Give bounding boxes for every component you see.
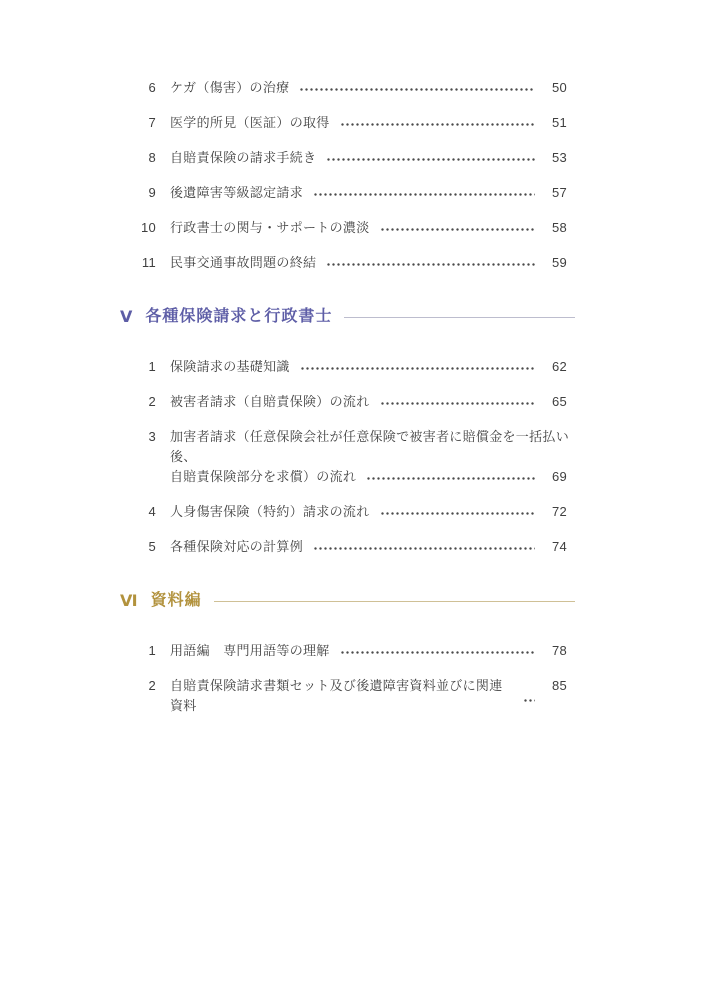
toc-item-body: 被害者請求（自賠責保険）の流れ65 bbox=[170, 392, 575, 412]
toc-item-number: 1 bbox=[120, 357, 156, 377]
toc-item-last-line: 行政書士の関与・サポートの濃淡58 bbox=[170, 218, 575, 238]
toc-page-number: 57 bbox=[541, 183, 575, 203]
leader-dots bbox=[313, 537, 535, 557]
toc-item-last-line: 自賠責保険の請求手続き53 bbox=[170, 148, 575, 168]
toc-item-last-line: 保険請求の基礎知識62 bbox=[170, 357, 575, 377]
toc-item: 10行政書士の関与・サポートの濃淡58 bbox=[120, 218, 575, 238]
section-heading-chapter-6: Ⅵ資料編 bbox=[120, 589, 575, 613]
toc-item-number: 9 bbox=[120, 183, 156, 203]
toc-item-number: 8 bbox=[120, 148, 156, 168]
toc-item-last-line: 自賠責保険請求書類セット及び後遺障害資料並びに関連資料85 bbox=[170, 676, 575, 716]
toc-item-number: 5 bbox=[120, 537, 156, 557]
leader-dots bbox=[380, 392, 535, 412]
leader-dots bbox=[340, 641, 535, 661]
toc-page-number: 62 bbox=[541, 357, 575, 377]
toc-item-body: 人身傷害保険（特約）請求の流れ72 bbox=[170, 502, 575, 522]
toc-item-body: 自賠責保険の請求手続き53 bbox=[170, 148, 575, 168]
section-rule-line bbox=[214, 601, 575, 602]
toc-item: 6ケガ（傷害）の治療50 bbox=[120, 78, 575, 98]
toc-item-number: 2 bbox=[120, 676, 156, 696]
toc-item-last-line: 被害者請求（自賠責保険）の流れ65 bbox=[170, 392, 575, 412]
toc-page-number: 51 bbox=[541, 113, 575, 133]
toc-item: 5各種保険対応の計算例74 bbox=[120, 537, 575, 557]
toc-item-number: 2 bbox=[120, 392, 156, 412]
toc-item-title: 被害者請求（自賠責保険）の流れ bbox=[170, 392, 370, 412]
toc-item-number: 6 bbox=[120, 78, 156, 98]
toc-page-number: 58 bbox=[541, 218, 575, 238]
toc-item-title: 人身傷害保険（特約）請求の流れ bbox=[170, 502, 370, 522]
toc-item-number: 11 bbox=[120, 253, 156, 273]
toc-item-number: 3 bbox=[120, 427, 156, 447]
leader-dots bbox=[313, 183, 535, 203]
toc-item-last-line: 医学的所見（医証）の取得51 bbox=[170, 113, 575, 133]
toc-item-title: 医学的所見（医証）の取得 bbox=[170, 113, 330, 133]
toc-item: 3加害者請求（任意保険会社が任意保険で被害者に賠償金を一括払い後、自賠責保険部分… bbox=[120, 427, 575, 487]
toc-item-number: 7 bbox=[120, 113, 156, 133]
toc-item-body: ケガ（傷害）の治療50 bbox=[170, 78, 575, 98]
toc-item-last-line: 後遺障害等級認定請求57 bbox=[170, 183, 575, 203]
book-page: 6ケガ（傷害）の治療507医学的所見（医証）の取得518自賠責保険の請求手続き5… bbox=[0, 0, 708, 1000]
toc: 6ケガ（傷害）の治療507医学的所見（医証）の取得518自賠責保険の請求手続き5… bbox=[120, 78, 575, 731]
leader-dots bbox=[299, 78, 535, 98]
leader-dots bbox=[366, 467, 535, 487]
toc-page-number: 65 bbox=[541, 392, 575, 412]
toc-page-number: 72 bbox=[541, 502, 575, 522]
leader-dots bbox=[340, 113, 535, 133]
toc-item-last-line: 自賠責保険部分を求償）の流れ69 bbox=[170, 467, 575, 487]
toc-item-last-line: 各種保険対応の計算例74 bbox=[170, 537, 575, 557]
leader-dots bbox=[380, 502, 535, 522]
section-numeral: Ⅵ bbox=[120, 589, 139, 613]
leader-dots bbox=[523, 676, 535, 716]
toc-page-number: 78 bbox=[541, 641, 575, 661]
toc-item-title: 用語編 専門用語等の理解 bbox=[170, 641, 330, 661]
toc-item-body: 保険請求の基礎知識62 bbox=[170, 357, 575, 377]
toc-item-number: 1 bbox=[120, 641, 156, 661]
leader-dots bbox=[326, 148, 535, 168]
toc-item-last-line: ケガ（傷害）の治療50 bbox=[170, 78, 575, 98]
toc-page-number: 53 bbox=[541, 148, 575, 168]
toc-page-number: 74 bbox=[541, 537, 575, 557]
toc-page-number: 59 bbox=[541, 253, 575, 273]
toc-item: 1用語編 専門用語等の理解78 bbox=[120, 641, 575, 661]
toc-item-body: 行政書士の関与・サポートの濃淡58 bbox=[170, 218, 575, 238]
toc-item-body: 民事交通事故問題の終結59 bbox=[170, 253, 575, 273]
toc-item-title: 民事交通事故問題の終結 bbox=[170, 253, 316, 273]
toc-item-title: 自賠責保険請求書類セット及び後遺障害資料並びに関連資料 bbox=[170, 676, 513, 716]
toc-item-body: 自賠責保険請求書類セット及び後遺障害資料並びに関連資料85 bbox=[170, 676, 575, 716]
toc-item-title: 自賠責保険部分を求償）の流れ bbox=[170, 467, 356, 487]
toc-item-title: ケガ（傷害）の治療 bbox=[170, 78, 289, 98]
toc-item: 8自賠責保険の請求手続き53 bbox=[120, 148, 575, 168]
toc-item-number: 4 bbox=[120, 502, 156, 522]
toc-item-number: 10 bbox=[120, 218, 156, 238]
toc-page-number: 85 bbox=[541, 676, 575, 696]
section-numeral: Ⅴ bbox=[120, 305, 133, 329]
toc-item-last-line: 民事交通事故問題の終結59 bbox=[170, 253, 575, 273]
toc-item: 4人身傷害保険（特約）請求の流れ72 bbox=[120, 502, 575, 522]
section-heading-chapter-5: Ⅴ各種保険請求と行政書士 bbox=[120, 305, 575, 329]
toc-item: 11民事交通事故問題の終結59 bbox=[120, 253, 575, 273]
toc-item-body: 後遺障害等級認定請求57 bbox=[170, 183, 575, 203]
toc-item-title: 保険請求の基礎知識 bbox=[170, 357, 290, 377]
section-title: 資料編 bbox=[151, 589, 202, 613]
leader-dots bbox=[326, 253, 535, 273]
toc-item-title: 各種保険対応の計算例 bbox=[170, 537, 303, 557]
toc-item-title: 後遺障害等級認定請求 bbox=[170, 183, 303, 203]
toc-item-body: 各種保険対応の計算例74 bbox=[170, 537, 575, 557]
toc-page-number: 50 bbox=[541, 78, 575, 98]
toc-item-title-line: 加害者請求（任意保険会社が任意保険で被害者に賠償金を一括払い後、 bbox=[170, 427, 575, 467]
toc-item-body: 用語編 専門用語等の理解78 bbox=[170, 641, 575, 661]
toc-item: 1保険請求の基礎知識62 bbox=[120, 357, 575, 377]
toc-item-title: 自賠責保険の請求手続き bbox=[170, 148, 316, 168]
toc-item: 2被害者請求（自賠責保険）の流れ65 bbox=[120, 392, 575, 412]
leader-dots bbox=[300, 357, 535, 377]
toc-item: 2自賠責保険請求書類セット及び後遺障害資料並びに関連資料85 bbox=[120, 676, 575, 716]
toc-item: 9後遺障害等級認定請求57 bbox=[120, 183, 575, 203]
section-title: 各種保険請求と行政書士 bbox=[145, 305, 332, 329]
toc-item-body: 医学的所見（医証）の取得51 bbox=[170, 113, 575, 133]
toc-item-title: 行政書士の関与・サポートの濃淡 bbox=[170, 218, 370, 238]
toc-item-last-line: 人身傷害保険（特約）請求の流れ72 bbox=[170, 502, 575, 522]
toc-item-body: 加害者請求（任意保険会社が任意保険で被害者に賠償金を一括払い後、自賠責保険部分を… bbox=[170, 427, 575, 487]
toc-page-number: 69 bbox=[541, 467, 575, 487]
toc-item-last-line: 用語編 専門用語等の理解78 bbox=[170, 641, 575, 661]
toc-item: 7医学的所見（医証）の取得51 bbox=[120, 113, 575, 133]
section-rule-line bbox=[344, 317, 575, 318]
leader-dots bbox=[380, 218, 535, 238]
